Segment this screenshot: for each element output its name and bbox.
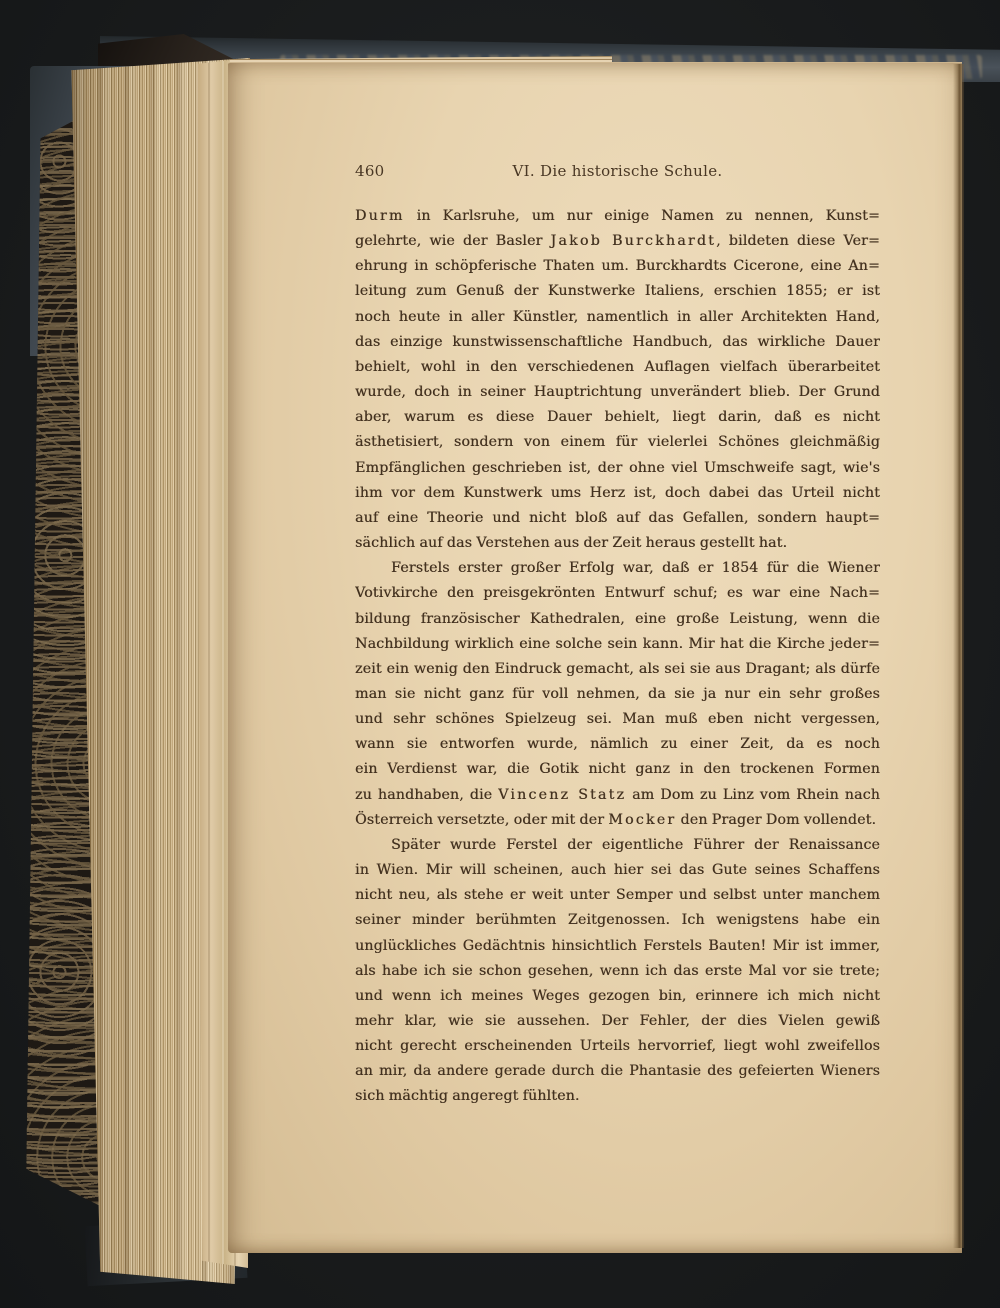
text-line: unglückliches Gedächtnis hinsichtlich Fe…	[355, 934, 880, 959]
paragraph: Später wurde Ferstel der eigentliche Füh…	[355, 833, 880, 1110]
text-line: auf eine Theorie und nicht bloß auf das …	[355, 506, 880, 531]
text-line: Österreich versetzte, oder mit der Mocke…	[355, 808, 880, 833]
page-number: 460	[355, 162, 385, 180]
page-text-block: 460 VI. Die historische Schule. Durm in …	[355, 162, 880, 1110]
open-page: 460 VI. Die historische Schule. Durm in …	[228, 62, 962, 1253]
book-scan-photograph: 460 VI. Die historische Schule. Durm in …	[0, 0, 1000, 1308]
text-line: aber, warum es diese Dauer behielt, lieg…	[355, 405, 880, 430]
text-line: zu handhaben, die Vincenz Statz am Dom z…	[355, 783, 880, 808]
text-line: in Wien. Mir will scheinen, auch hier se…	[355, 858, 880, 883]
page-header: 460 VI. Die historische Schule.	[355, 162, 880, 184]
running-header: VI. Die historische Schule.	[513, 162, 723, 180]
text-line: Votivkirche den preisgekrönten Entwurf s…	[355, 581, 880, 606]
paragraph: Ferstels erster großer Erfolg war, daß e…	[355, 556, 880, 833]
text-line: Empfänglichen geschrieben ist, der ohne …	[355, 456, 880, 481]
text-line: leitung zum Genuß der Kunstwerke Italien…	[355, 279, 880, 304]
text-line: mehr klar, wie sie aussehen. Der Fehler,…	[355, 1009, 880, 1034]
text-line: als habe ich sie schon gesehen, wenn ich…	[355, 959, 880, 984]
facing-page-edge	[962, 58, 1000, 1242]
text-line: sächlich auf das Verstehen aus der Zeit …	[355, 531, 880, 556]
text-line: nicht neu, als stehe er weit unter Sempe…	[355, 883, 880, 908]
text-line: wurde, doch in seiner Hauptrichtung unve…	[355, 380, 880, 405]
text-line: wann sie entworfen wurde, nämlich zu ein…	[355, 732, 880, 757]
text-line: nicht gerecht erscheinenden Urteils herv…	[355, 1034, 880, 1059]
text-line: an mir, da andere gerade durch die Phant…	[355, 1059, 880, 1084]
text-line: noch heute in aller Künstler, namentlich…	[355, 305, 880, 330]
text-line: und wenn ich meines Weges gezogen bin, e…	[355, 984, 880, 1009]
paragraph: Durm in Karlsruhe, um nur einige Namen z…	[355, 204, 880, 556]
text-line: das einzige kunstwissenschaftliche Handb…	[355, 330, 880, 355]
text-line: Nachbildung wirklich eine solche sein ka…	[355, 632, 880, 657]
text-line: behielt, wohl in den verschiedenen Aufla…	[355, 355, 880, 380]
text-line: sich mächtig angeregt fühlten.	[355, 1084, 880, 1109]
text-line: ehrung in schöpferische Thaten um. Burck…	[355, 254, 880, 279]
text-line: man sie nicht ganz für voll nehmen, da s…	[355, 682, 880, 707]
text-line: Später wurde Ferstel der eigentliche Füh…	[355, 833, 880, 858]
text-line: ihm vor dem Kunstwerk ums Herz ist, doch…	[355, 481, 880, 506]
body-text: Durm in Karlsruhe, um nur einige Namen z…	[355, 204, 880, 1110]
text-line: zeit ein wenig den Eindruck gemacht, als…	[355, 657, 880, 682]
text-line: ein Verdienst war, die Gotik nicht ganz …	[355, 757, 880, 782]
text-line: Durm in Karlsruhe, um nur einige Namen z…	[355, 204, 880, 229]
text-line: gelehrte, wie der Basler Jakob Burckhard…	[355, 229, 880, 254]
text-line: seiner minder berühmten Zeitgenossen. Ic…	[355, 908, 880, 933]
text-line: und sehr schönes Spielzeug sei. Man muß …	[355, 707, 880, 732]
text-line: Ferstels erster großer Erfolg war, daß e…	[355, 556, 880, 581]
text-line: ästhetisiert, sondern von einem für viel…	[355, 430, 880, 455]
text-line: bildung französischer Kathedralen, eine …	[355, 607, 880, 632]
